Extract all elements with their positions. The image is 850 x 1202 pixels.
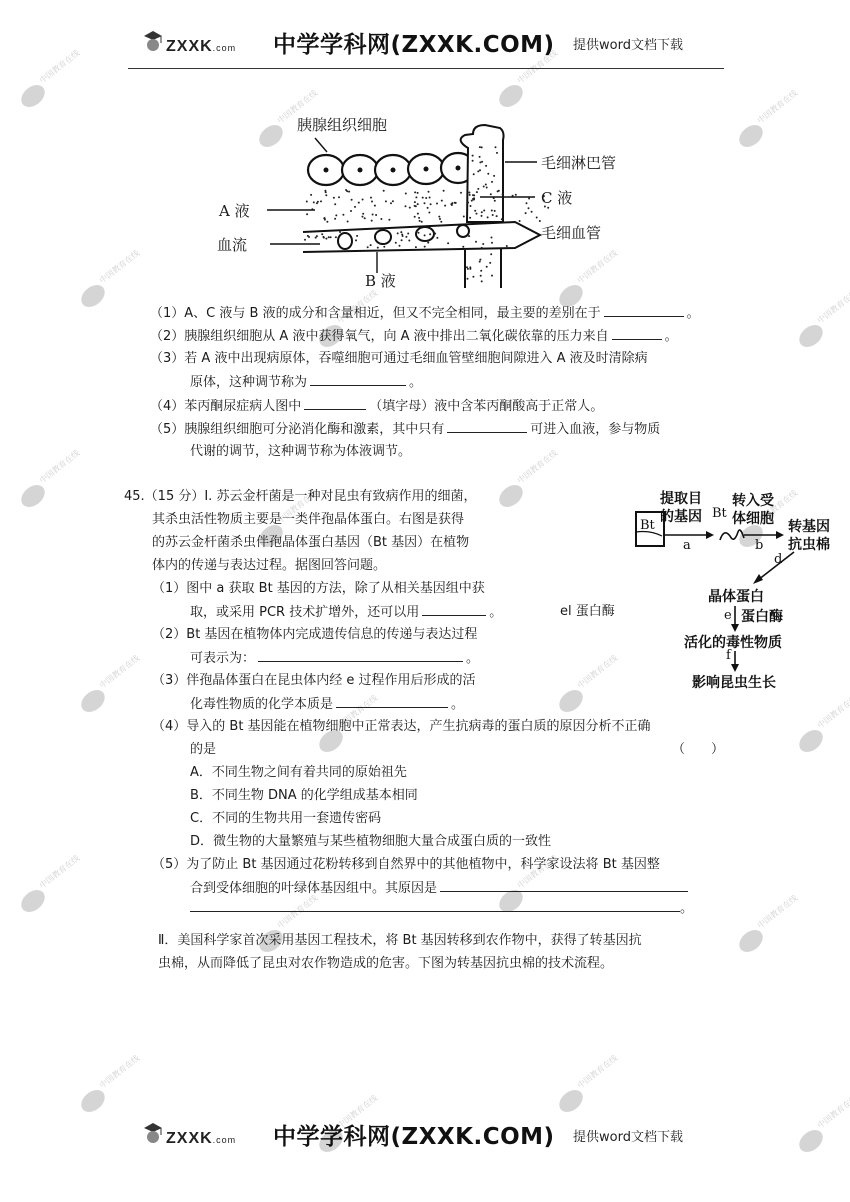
product-2: 抗虫棉 bbox=[788, 534, 830, 554]
tissue-fluid-diagram: 胰腺组织细胞 毛细淋巴管 C 液 A 液 毛细血管 血流 B 液 bbox=[215, 110, 635, 290]
answer-blank[interactable] bbox=[304, 395, 366, 410]
answer-blank[interactable] bbox=[258, 647, 463, 662]
answer-blank[interactable] bbox=[440, 877, 688, 892]
graduate-cap-icon bbox=[142, 1122, 164, 1148]
q45-sub1-cont: 取，或采用 PCR 技术扩增外，还可以用。 bbox=[190, 601, 502, 624]
watermark-logo: 中国教育在线 bbox=[82, 680, 146, 714]
question-5: （5）胰腺组织细胞可分泌消化酶和激素，其中只有可进入血液，参与物质 bbox=[150, 418, 660, 441]
q45-sub2: （2）Bt 基因在植物体内完成遗传信息的传递与表达过程 bbox=[152, 624, 477, 646]
arrow-d-label: d bbox=[774, 552, 782, 567]
watermark-logo: 中国教育在线 bbox=[22, 75, 86, 109]
q45-sub5-line3: 。 bbox=[190, 897, 693, 920]
effect-label: 影响昆虫生长 bbox=[692, 672, 776, 692]
watermark-logo: 中国教育在线 bbox=[82, 1080, 146, 1114]
watermark-logo: 中国教育在线 bbox=[800, 1120, 850, 1154]
q45-sub3-cont: 化毒性物质的化学本质是。 bbox=[190, 693, 464, 716]
question-2: （2）胰腺组织细胞从 A 液中获得氧气，向 A 液中排出二氧化碳依靠的压力来自。 bbox=[150, 325, 678, 348]
watermark-logo: 中国教育在线 bbox=[500, 475, 564, 509]
arrow-b-label: b bbox=[755, 538, 763, 553]
protease-label: 蛋白酶 bbox=[741, 606, 783, 626]
site-title: 中学学科网(ZXXK.COM) bbox=[273, 26, 555, 59]
watermark-logo: 中国教育在线 bbox=[800, 315, 850, 349]
option-b[interactable]: B．不同生物 DNA 的化学组成基本相同 bbox=[190, 785, 418, 807]
option-a[interactable]: A．不同生物之间有着共同的原始祖先 bbox=[190, 762, 407, 784]
q45-intro-3: 体内的传递与表达过程。据图回答问题。 bbox=[152, 555, 386, 577]
answer-blank[interactable] bbox=[612, 325, 662, 340]
site-subtitle: 提供word文档下载 bbox=[573, 1126, 683, 1145]
part2-line1: Ⅱ．美国科学家首次采用基因工程技术，将 Bt 基因转移到农作物中，获得了转基因抗 bbox=[158, 930, 642, 952]
bt-gene-flow-diagram: Bt 提取目 的基因 Bt 转入受 体细胞 转基因 抗虫棉 a b d 晶体蛋白… bbox=[628, 488, 850, 688]
q45-sub3: （3）伴孢晶体蛋白在昆虫体内经 e 过程作用后形成的活 bbox=[152, 670, 476, 692]
page-header: ZXXK.com 中学学科网(ZXXK.COM) 提供word文档下载 bbox=[128, 24, 724, 69]
step-extract-2: 的基因 bbox=[660, 506, 702, 526]
option-c[interactable]: C．不同的生物共用一套遗传密码 bbox=[190, 808, 381, 830]
option-d[interactable]: D．微生物的大量繁殖与某些植物细胞大量合成蛋白质的一致性 bbox=[190, 831, 551, 853]
bt-gene-label: Bt bbox=[712, 506, 727, 521]
answer-blank[interactable] bbox=[336, 693, 448, 708]
q45-intro-2: 的苏云金杆菌杀虫伴孢晶体蛋白基因（Bt 基因）在植物 bbox=[152, 532, 469, 554]
question-4: （4）苯丙酮尿症病人图中（填字母）液中含苯丙酮酸高于正常人。 bbox=[150, 395, 603, 418]
logo-brand: ZXXK.com bbox=[166, 1130, 236, 1148]
q45-sub4: （4）导入的 Bt 基因能在植物细胞中正常表达，产生抗病毒的蛋白质的原因分析不正… bbox=[152, 716, 651, 738]
question-3: （3）若 A 液中出现病原体，吞噬细胞可通过毛细血管壁细胞间隙进入 A 液及时清… bbox=[150, 348, 648, 370]
label-lymph-capillary: 毛细淋巴管 bbox=[541, 152, 616, 173]
q45-intro-1: 其杀虫活性物质主要是一类伴孢晶体蛋白。右图是获得 bbox=[152, 509, 464, 531]
q45-sub5: （5）为了防止 Bt 基因通过花粉转移到自然界中的其他植物中，科学家设法将 Bt… bbox=[152, 854, 660, 876]
part2-line2: 虫棉，从而降低了昆虫对农作物造成的危害。下图为转基因抗虫棉的技术流程。 bbox=[158, 953, 613, 975]
answer-blank[interactable] bbox=[190, 897, 680, 912]
crystal-protein: 晶体蛋白 bbox=[708, 586, 764, 606]
step-transfer-1: 转入受 bbox=[732, 490, 774, 510]
step-transfer-2: 体细胞 bbox=[732, 508, 774, 528]
answer-blank[interactable] bbox=[422, 601, 486, 616]
watermark-logo: 中国教育在线 bbox=[800, 720, 850, 754]
q45-sub2-cont: 可表示为：。 bbox=[190, 647, 479, 670]
watermark-logo: 中国教育在线 bbox=[82, 275, 146, 309]
stray-text: el 蛋白酶 bbox=[560, 601, 615, 623]
watermark-logo: 中国教育在线 bbox=[500, 75, 564, 109]
watermark-logo: 中国教育在线 bbox=[22, 880, 86, 914]
toxin-label: 活化的毒性物质 bbox=[684, 632, 782, 652]
label-blood-flow: 血流 bbox=[217, 234, 247, 255]
step-extract-1: 提取目 bbox=[660, 488, 702, 508]
zxxk-logo: ZXXK.com bbox=[138, 30, 248, 58]
site-title: 中学学科网(ZXXK.COM) bbox=[273, 1118, 555, 1151]
bt-box-label: Bt bbox=[640, 518, 655, 533]
arrow-f-label: f bbox=[726, 648, 731, 663]
answer-blank[interactable] bbox=[310, 371, 406, 386]
q45-sub4-cont: 的是 bbox=[190, 739, 216, 761]
label-liquid-b: B 液 bbox=[365, 270, 396, 291]
arrow-e-label: e bbox=[724, 608, 732, 623]
question-1: （1）A、C 液与 B 液的成分和含量相近，但又不完全相同，最主要的差别在于。 bbox=[150, 302, 700, 325]
logo-brand: ZXXK.com bbox=[166, 38, 236, 56]
label-liquid-a: A 液 bbox=[219, 200, 250, 221]
answer-blank[interactable] bbox=[447, 418, 527, 433]
site-subtitle: 提供word文档下载 bbox=[573, 34, 683, 53]
question-5-cont: 代谢的调节，这种调节称为体液调节。 bbox=[190, 441, 411, 463]
zxxk-logo: ZXXK.com bbox=[138, 1122, 248, 1150]
watermark-logo: 中国教育在线 bbox=[560, 680, 624, 714]
watermark-logo: 中国教育在线 bbox=[740, 115, 804, 149]
q45-sub1: （1）图中 a 获取 Bt 基因的方法，除了从相关基因组中获 bbox=[152, 578, 485, 600]
label-liquid-c: C 液 bbox=[541, 187, 572, 208]
watermark-logo: 中国教育在线 bbox=[22, 475, 86, 509]
q45-header: 45.（15 分）I. 苏云金杆菌是一种对昆虫有致病作用的细菌， bbox=[124, 486, 476, 508]
answer-blank[interactable] bbox=[604, 302, 684, 317]
question-3-cont: 原体，这种调节称为。 bbox=[190, 371, 422, 394]
watermark-logo: 中国教育在线 bbox=[560, 1080, 624, 1114]
page-footer: ZXXK.com 中学学科网(ZXXK.COM) 提供word文档下载 bbox=[128, 1116, 724, 1160]
arrow-a-label: a bbox=[683, 538, 691, 553]
product-1: 转基因 bbox=[788, 516, 830, 536]
watermark-logo: 中国教育在线 bbox=[740, 920, 804, 954]
graduate-cap-icon bbox=[142, 30, 164, 56]
label-blood-capillary: 毛细血管 bbox=[541, 222, 601, 243]
answer-bracket[interactable]: （ ） bbox=[672, 739, 724, 761]
label-pancreas-cells: 胰腺组织细胞 bbox=[297, 114, 387, 135]
